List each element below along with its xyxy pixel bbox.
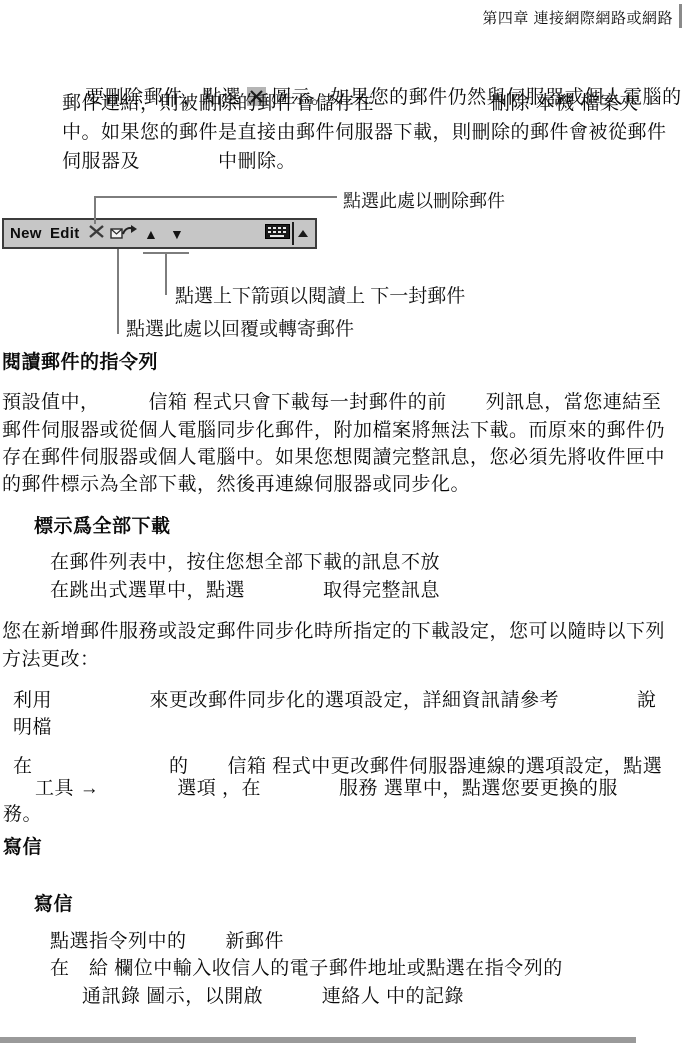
change-settings-bullet: 務。 bbox=[3, 803, 42, 826]
section-heading-reading-command-bar: 閱讀郵件的指令列 bbox=[2, 351, 158, 374]
footer-rule bbox=[0, 1037, 636, 1043]
edit-button[interactable]: Edit bbox=[50, 220, 80, 247]
callout-reply-vline bbox=[117, 249, 119, 334]
intro-line-4: 伺服器及 中刪除。 bbox=[62, 150, 296, 173]
mail-command-toolbar: New Edit ▲ ▼ bbox=[2, 218, 317, 249]
mark-download-step: 在郵件列表中，按住您想全部下載的訊息不放 bbox=[50, 551, 440, 574]
change-settings-bullet: 明檔 bbox=[13, 716, 52, 739]
compose-step: 通訊錄 圖示，以開啟 連絡人 中的記錄 bbox=[82, 985, 464, 1008]
manual-page: 第四章 連接網際網路或網路 要刪除郵件，點選圖示。如果您的郵件仍然與伺服器或個人… bbox=[0, 0, 687, 1045]
input-panel-menu-button[interactable] bbox=[298, 220, 308, 247]
download-settings-para-line: 方法更改： bbox=[2, 648, 100, 671]
callout-delete-vline bbox=[94, 196, 96, 224]
input-panel-keyboard-icon bbox=[265, 224, 290, 244]
toolbar-separator bbox=[292, 222, 294, 245]
reading-para-line: 的郵件標示為全部下載，然後再連線伺服器或同步化。 bbox=[2, 473, 470, 496]
callout-delete-label: 點選此處以刪除郵件 bbox=[343, 187, 505, 213]
down-arrow-icon: ▼ bbox=[170, 227, 184, 241]
section-heading-compose: 寫信 bbox=[3, 836, 42, 859]
mark-download-step: 在跳出式選單中，點選 取得完整訊息 bbox=[50, 579, 440, 602]
compose-step: 點選指令列中的 新郵件 bbox=[50, 930, 284, 953]
next-message-button[interactable]: ▼ bbox=[170, 220, 184, 247]
up-arrow-icon: ▲ bbox=[144, 227, 158, 241]
download-settings-para-line: 您在新增郵件服務或設定郵件同步化時所指定的下載設定，您可以隨時以下列 bbox=[2, 620, 665, 643]
intro-line-3: 中。如果您的郵件是直接由郵件伺服器下載，則刪除的郵件會被從郵件 bbox=[62, 121, 667, 144]
subheading-mark-for-download: 標示爲全部下載 bbox=[34, 515, 171, 538]
callout-arrows-label: 點選上下箭頭以閱讀上 下一封郵件 bbox=[175, 281, 465, 308]
change-settings-bullet: 利用 來更改郵件同步化的選項設定，詳細資訊請參考 說 bbox=[13, 689, 657, 712]
x-delete-icon bbox=[88, 223, 105, 245]
header-edge-rule bbox=[679, 4, 682, 28]
new-button[interactable]: New bbox=[10, 220, 42, 247]
reading-para-line: 郵件伺服器或從個人電腦同步化郵件，附加檔案將無法下載。而原來的郵件仍 bbox=[2, 419, 665, 442]
previous-message-button[interactable]: ▲ bbox=[144, 220, 158, 247]
reply-forward-envelope-icon bbox=[110, 223, 137, 245]
intro-line-2: 郵件連結，則被刪除的郵件會儲存在 刪除 本機 檔案夾 bbox=[62, 92, 639, 115]
callout-reply-label: 點選此處以回覆或轉寄郵件 bbox=[126, 314, 354, 341]
input-panel-button[interactable] bbox=[265, 220, 290, 247]
reply-forward-button[interactable] bbox=[110, 220, 137, 247]
callout-arrows-vline bbox=[165, 252, 167, 295]
compose-step: 在 給 欄位中輸入收信人的電子郵件地址或點選在指令列的 bbox=[50, 957, 563, 980]
reading-para-line: 存在郵件伺服器或個人電腦中。如果您想閱讀完整訊息，您必須先將收件匣中 bbox=[2, 446, 665, 469]
callout-delete-hline bbox=[94, 196, 337, 198]
change-settings-bullet: 工具 → 選項 ，在 服務 選單中，點選您要更換的服 bbox=[35, 777, 618, 800]
up-triangle-icon bbox=[298, 230, 308, 237]
delete-button[interactable] bbox=[88, 220, 105, 247]
subheading-compose: 寫信 bbox=[34, 893, 73, 916]
change-settings-bullet: 在 的 信箱 程式中更改郵件伺服器連線的選項設定，點選 bbox=[13, 755, 662, 778]
chapter-header: 第四章 連接網際網路或網路 bbox=[482, 7, 673, 30]
reading-para-line: 預設值中， 信箱 程式只會下載每一封郵件的前 列訊息，當您連結至 bbox=[2, 391, 661, 414]
